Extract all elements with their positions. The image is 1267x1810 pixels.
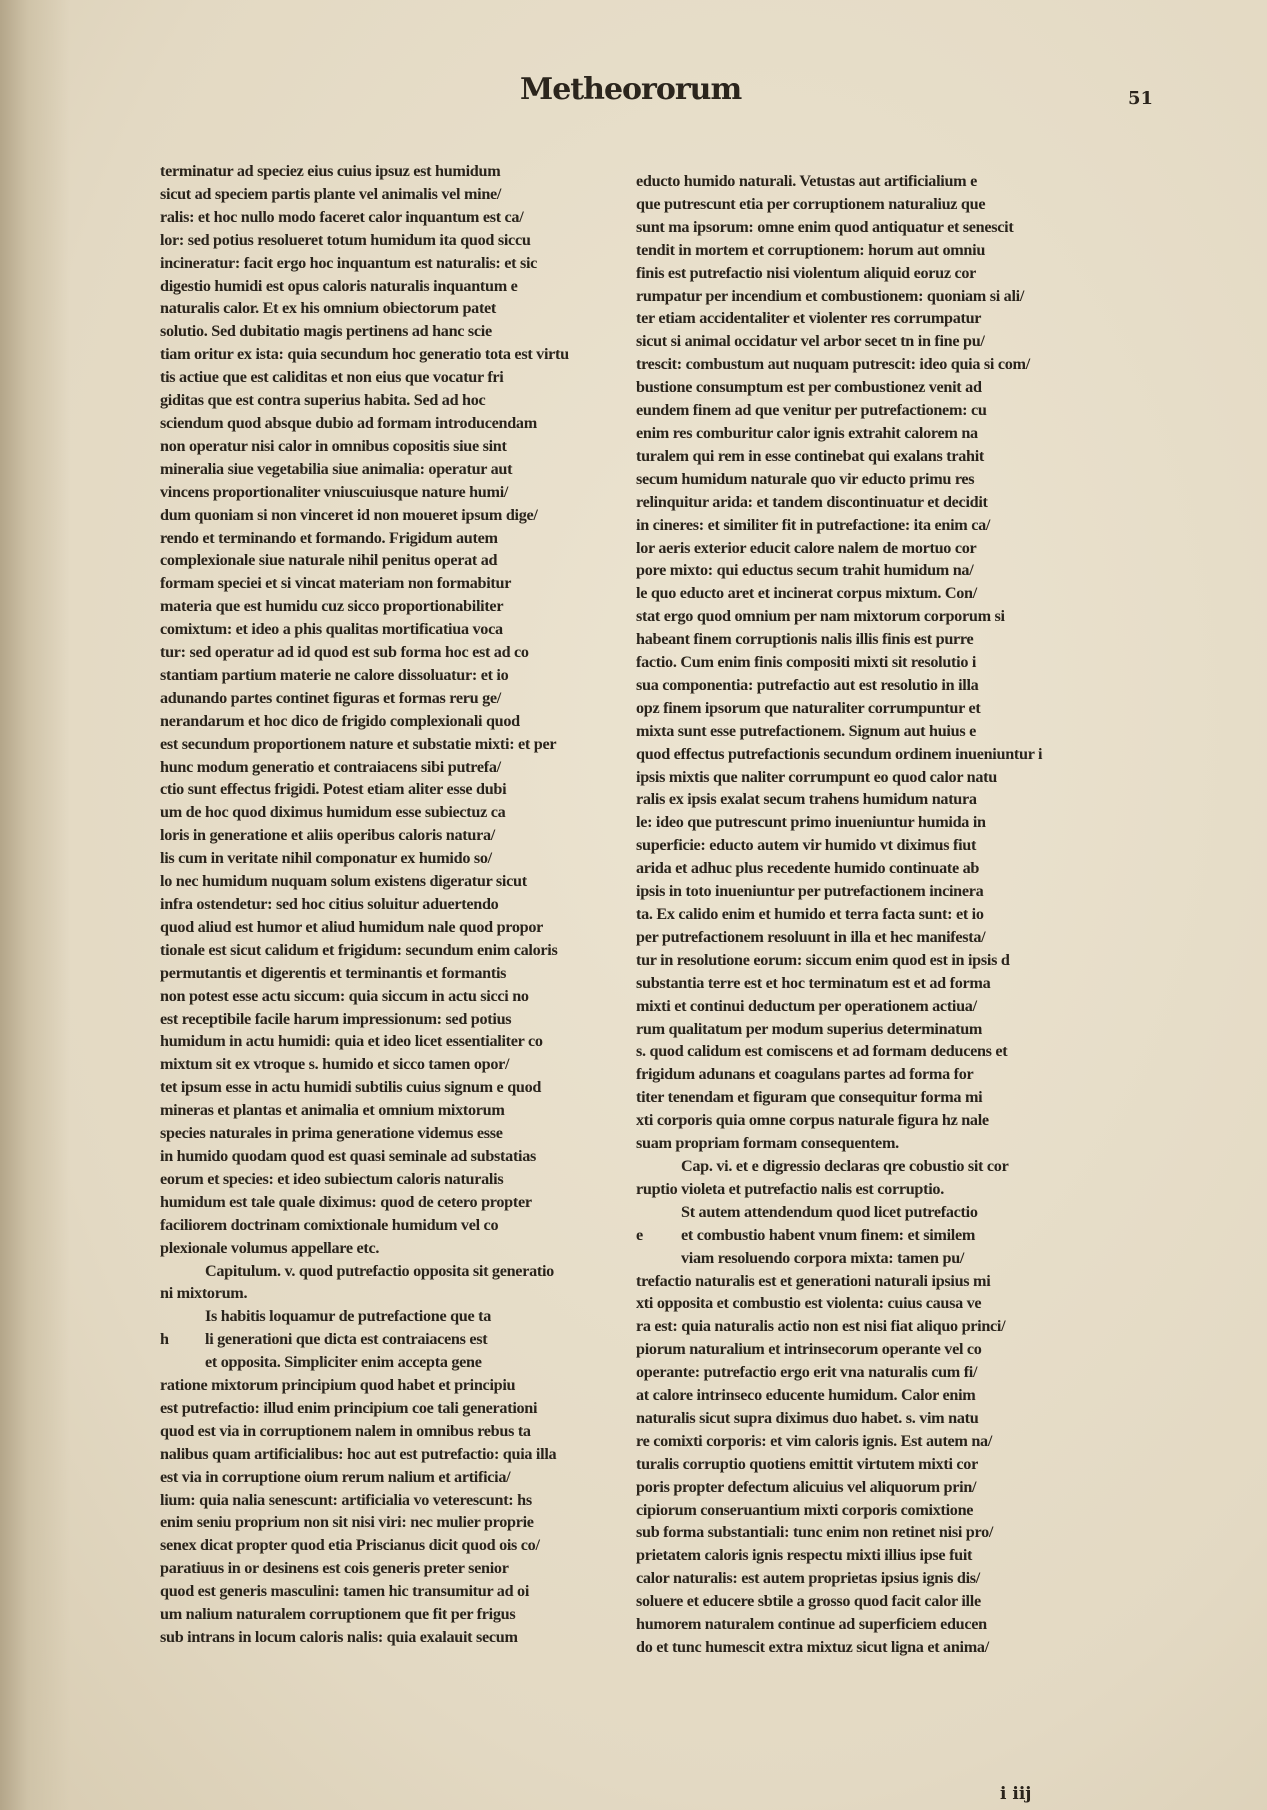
text-line: s. quod calidum est comiscens et ad form… bbox=[636, 1040, 1098, 1063]
text-line: mixtum sit ex vtroque s. humido et sicco… bbox=[160, 1053, 620, 1076]
text-line: adunando partes continet figuras et form… bbox=[160, 687, 620, 710]
text-line: turalis corruptio quotiens emittit virtu… bbox=[636, 1453, 1098, 1476]
text-line: quod aliud est humor et aliud humidum na… bbox=[160, 916, 620, 939]
text-line: ta. Ex calido enim et humido et terra fa… bbox=[636, 903, 1098, 926]
chapter-heading: ruptio violeta et putrefactio nalis est … bbox=[636, 1178, 1098, 1201]
text-line: lor: sed potius resolueret totum humidum… bbox=[160, 229, 620, 252]
text-line: superficie: educto autem vir humido vt d… bbox=[636, 834, 1098, 857]
chapter-heading: Cap. vi. et e digressio declaras qre cob… bbox=[636, 1155, 1098, 1178]
text-line: eorum et species: et ideo subiectum calo… bbox=[160, 1168, 620, 1191]
text-line: lo nec humidum nuquam solum existens dig… bbox=[160, 870, 620, 893]
chapter-heading: ni mixtorum. bbox=[160, 1282, 620, 1305]
text-line: terminatur ad speciez eius cuius ipsuz e… bbox=[160, 160, 620, 183]
text-line: quod est via in corruptionem nalem in om… bbox=[160, 1420, 620, 1443]
text-line: per putrefactionem resoluunt in illa et … bbox=[636, 926, 1098, 949]
text-line: in cineres: et similiter fit in putrefac… bbox=[636, 514, 1098, 537]
text-line: le: ideo que putrescunt primo inueniuntu… bbox=[636, 811, 1098, 834]
text-line: infra ostendetur: sed hoc citius soluitu… bbox=[160, 893, 620, 916]
text-line: at calore intrinseco educente humidum. C… bbox=[636, 1384, 1098, 1407]
text-line: vincens proportionaliter vniuscuiusque n… bbox=[160, 481, 620, 504]
text-line: prietatem caloris ignis respectu mixti i… bbox=[636, 1544, 1098, 1567]
text-line: enim res comburitur calor ignis extrahit… bbox=[636, 422, 1098, 445]
text-line: turalem qui rem in esse continebat qui e… bbox=[636, 445, 1098, 468]
text-line: tet ipsum esse in actu humidi subtilis c… bbox=[160, 1076, 620, 1099]
text-line: rumpatur per incendium et combustionem: … bbox=[636, 285, 1098, 308]
text-line: species naturales in prima generatione v… bbox=[160, 1122, 620, 1145]
text-line: sicut si animal occidatur vel arbor sece… bbox=[636, 330, 1098, 353]
text-line: ra est: quia naturalis actio non est nis… bbox=[636, 1315, 1098, 1338]
text-line: tur in resolutione eorum: siccum enim qu… bbox=[636, 949, 1098, 972]
text-line: ralis ex ipsis exalat secum trahens humi… bbox=[636, 788, 1098, 811]
text-line: trescit: combustum aut nuquam putrescit:… bbox=[636, 353, 1098, 376]
text-line: opz finem ipsorum que naturaliter corrum… bbox=[636, 697, 1098, 720]
text-line: nalibus quam artificialibus: hoc aut est… bbox=[160, 1443, 620, 1466]
text-line: et opposita. Simpliciter enim accepta ge… bbox=[160, 1351, 620, 1374]
text-line: stantiam partium materie ne calore disso… bbox=[160, 664, 620, 687]
text-line: digestio humidi est opus caloris natural… bbox=[160, 275, 620, 298]
text-line: substantia terre est et hoc terminatum e… bbox=[636, 972, 1098, 995]
text-line: humidum in actu humidi: quia et ideo lic… bbox=[160, 1030, 620, 1053]
guide-letter: h bbox=[160, 1328, 205, 1351]
text-line: faciliorem doctrinam comixtionale humidu… bbox=[160, 1214, 620, 1237]
text-line: xti opposita et combustio est violenta: … bbox=[636, 1292, 1098, 1315]
text-line: lis cum in veritate nihil componatur ex … bbox=[160, 847, 620, 870]
text-line: lor aeris exterior educit calore nalem d… bbox=[636, 537, 1098, 560]
text-line: sub intrans in locum caloris nalis: quia… bbox=[160, 1626, 620, 1649]
text-line: xti corporis quia omne corpus naturale f… bbox=[636, 1109, 1098, 1132]
text-line: incineratur: facit ergo hoc inquantum es… bbox=[160, 252, 620, 275]
text-line: frigidum adunans et coagulans partes ad … bbox=[636, 1063, 1098, 1086]
text-line: est via in corruptione oium rerum nalium… bbox=[160, 1466, 620, 1489]
text-line: Is habitis loquamur de putrefactione que… bbox=[160, 1305, 620, 1328]
text-line: loris in generatione et aliis operibus c… bbox=[160, 824, 620, 847]
text-line: ipsis in toto inueniuntur per putrefacti… bbox=[636, 880, 1098, 903]
text-line: pore mixto: qui eductus secum trahit hum… bbox=[636, 559, 1098, 582]
text-line: lium: quia nalia senescunt: artificialia… bbox=[160, 1489, 620, 1512]
text-line: ter etiam accidentaliter et violenter re… bbox=[636, 307, 1098, 330]
text-line: ratione mixtorum principium quod habet e… bbox=[160, 1374, 620, 1397]
text-line: permutantis et digerentis et terminantis… bbox=[160, 962, 620, 985]
text-line: eundem finem ad que venitur per putrefac… bbox=[636, 399, 1098, 422]
text-line: cipiorum conseruantium mixti corporis co… bbox=[636, 1499, 1098, 1522]
text-line: soluere et educere sbtile a grosso quod … bbox=[636, 1590, 1098, 1613]
text-line: senex dicat propter quod etia Priscianus… bbox=[160, 1534, 620, 1557]
text-line: rum qualitatum per modum superius determ… bbox=[636, 1018, 1098, 1041]
text-line: stat ergo quod omnium per nam mixtorum c… bbox=[636, 605, 1098, 628]
text-line: in humido quodam quod est quasi seminale… bbox=[160, 1145, 620, 1168]
left-column: terminatur ad speciez eius cuius ipsuz e… bbox=[160, 160, 620, 1649]
text-line: titer tenendam et figuram que consequitu… bbox=[636, 1086, 1098, 1109]
text-line: mineras et plantas et animalia et omnium… bbox=[160, 1099, 620, 1122]
text-line: St autem attendendum quod licet putrefac… bbox=[636, 1201, 1098, 1224]
text-line: poris propter defectum alicuius vel aliq… bbox=[636, 1476, 1098, 1499]
binding-gutter bbox=[0, 0, 70, 1810]
text-line: tionale est sicut calidum et frigidum: s… bbox=[160, 939, 620, 962]
text-line: tur: sed operatur ad id quod est sub for… bbox=[160, 641, 620, 664]
text-line: naturalis sicut supra diximus duo habet.… bbox=[636, 1407, 1098, 1430]
text-line: educto humido naturali. Vetustas aut art… bbox=[636, 170, 1098, 193]
text-line: ipsis mixtis que naliter corrumpunt eo q… bbox=[636, 766, 1098, 789]
text-line: mixti et continui deductum per operation… bbox=[636, 995, 1098, 1018]
text-line: humidum est tale quale diximus: quod de … bbox=[160, 1191, 620, 1214]
guide-letter: e bbox=[636, 1224, 681, 1247]
text-line: non operatur nisi calor in omnibus copos… bbox=[160, 435, 620, 458]
text-line: um nalium naturalem corruptionem que fit… bbox=[160, 1603, 620, 1626]
text-line: re comixti corporis: et vim caloris igni… bbox=[636, 1430, 1098, 1453]
running-title: Metheororum bbox=[520, 72, 741, 107]
text-line: hunc modum generatio et contraiacens sib… bbox=[160, 756, 620, 779]
text-line: tendit in mortem et corruptionem: horum … bbox=[636, 239, 1098, 262]
text-line: materia que est humidu cuz sicco proport… bbox=[160, 595, 620, 618]
text-line: viam resoluendo corpora mixta: tamen pu/ bbox=[636, 1247, 1098, 1270]
text-line: secum humidum naturale quo vir educto pr… bbox=[636, 468, 1098, 491]
text-line: mixta sunt esse putrefactionem. Signum a… bbox=[636, 720, 1098, 743]
text-line: do et tunc humescit extra mixtuz sicut l… bbox=[636, 1636, 1098, 1659]
text-line: plexionale volumus appellare etc. bbox=[160, 1237, 620, 1260]
text-line: sunt ma ipsorum: omne enim quod antiquat… bbox=[636, 216, 1098, 239]
chapter-heading: Capitulum. v. quod putrefactio opposita … bbox=[160, 1260, 620, 1283]
text-line: arida et adhuc plus recedente humido con… bbox=[636, 857, 1098, 880]
text-line: que putrescunt etia per corruptionem nat… bbox=[636, 193, 1098, 216]
text-line: est receptibile facile harum impressionu… bbox=[160, 1008, 620, 1031]
text-line: bustione consumptum est per combustionez… bbox=[636, 376, 1098, 399]
text-line: le quo educto aret et incinerat corpus m… bbox=[636, 582, 1098, 605]
text-line: humorem naturalem continue ad superficie… bbox=[636, 1613, 1098, 1636]
text-line: ralis: et hoc nullo modo faceret calor i… bbox=[160, 206, 620, 229]
text-line: sub forma substantiali: tunc enim non re… bbox=[636, 1521, 1098, 1544]
text-line: est putrefactio: illud enim principium c… bbox=[160, 1397, 620, 1420]
text-line: nerandarum et hoc dico de frigido comple… bbox=[160, 710, 620, 733]
text-line: operante: putrefactio ergo erit vna natu… bbox=[636, 1361, 1098, 1384]
text-line: giditas que est contra superius habita. … bbox=[160, 389, 620, 412]
text-line: quod effectus putrefactionis secundum or… bbox=[636, 743, 1098, 766]
text-line: tiam oritur ex ista: quia secundum hoc g… bbox=[160, 343, 620, 366]
text-line: quod est generis masculini: tamen hic tr… bbox=[160, 1580, 620, 1603]
text-line: calor naturalis: est autem proprietas ip… bbox=[636, 1567, 1098, 1590]
text-line: enim seniu proprium non sit nisi viri: n… bbox=[160, 1511, 620, 1534]
text-line: trefactio naturalis est et generationi n… bbox=[636, 1270, 1098, 1293]
text-line: piorum naturalium et intrinsecorum opera… bbox=[636, 1338, 1098, 1361]
text-line: dum quoniam si non vinceret id non mouer… bbox=[160, 504, 620, 527]
text-line: finis est putrefactio nisi violentum ali… bbox=[636, 262, 1098, 285]
text-line: um de hoc quod diximus humidum esse subi… bbox=[160, 801, 620, 824]
text-line: comixtum: et ideo a phis qualitas mortif… bbox=[160, 618, 620, 641]
signature-mark: i iij bbox=[1000, 1784, 1031, 1804]
text-line: non potest esse actu siccum: quia siccum… bbox=[160, 985, 620, 1008]
text-line: sicut ad speciem partis plante vel anima… bbox=[160, 183, 620, 206]
text-line: est secundum proportionem nature et subs… bbox=[160, 733, 620, 756]
text-line: solutio. Sed dubitatio magis pertinens a… bbox=[160, 320, 620, 343]
text-line: naturalis calor. Et ex his omnium obiect… bbox=[160, 297, 620, 320]
right-column: educto humido naturali. Vetustas aut art… bbox=[636, 170, 1098, 1659]
folio-number: 51 bbox=[1128, 88, 1153, 109]
text-line: formam speciei et si vincat materiam non… bbox=[160, 572, 620, 595]
text-line: factio. Cum enim finis compositi mixti s… bbox=[636, 651, 1098, 674]
text-line: tis actiue que est caliditas et non eius… bbox=[160, 366, 620, 389]
text-line: hli generationi que dicta est contraiace… bbox=[160, 1328, 620, 1351]
text-line: habeant finem corruptionis nalis illis f… bbox=[636, 628, 1098, 651]
text-line: complexionale siue naturale nihil penitu… bbox=[160, 549, 620, 572]
text-line: eet combustio habent vnum finem: et simi… bbox=[636, 1224, 1098, 1247]
text-line: sua componentia: putrefactio aut est res… bbox=[636, 674, 1098, 697]
text-line: paratiuus in or desinens est cois generi… bbox=[160, 1557, 620, 1580]
text-line: rendo et terminando et formando. Frigidu… bbox=[160, 527, 620, 550]
text-line: ctio sunt effectus frigidi. Potest etiam… bbox=[160, 778, 620, 801]
text-line: suam propriam formam consequentem. bbox=[636, 1132, 1098, 1155]
text-line: relinquitur arida: et tandem discontinua… bbox=[636, 491, 1098, 514]
text-line: sciendum quod absque dubio ad formam int… bbox=[160, 412, 620, 435]
text-line: mineralia siue vegetabilia siue animalia… bbox=[160, 458, 620, 481]
